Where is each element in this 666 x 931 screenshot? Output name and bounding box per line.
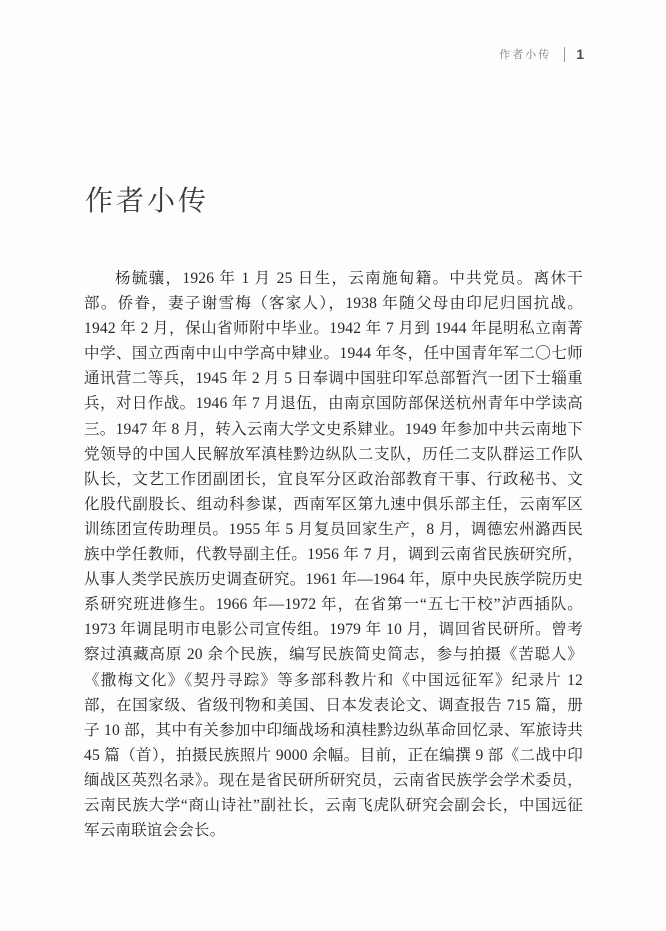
- body-paragraph: 杨毓骧，1926 年 1 月 25 日生，云南施甸籍。中共党员。离休干部。侨眷，…: [84, 266, 583, 843]
- body-block: 杨毓骧，1926 年 1 月 25 日生，云南施甸籍。中共党员。离休干部。侨眷，…: [84, 266, 583, 843]
- page-number: 1: [576, 46, 584, 62]
- running-title: 作者小传: [499, 46, 551, 62]
- page-header: 作者小传 1: [499, 44, 584, 64]
- header-divider: [564, 47, 565, 62]
- page-title: 作者小传: [85, 179, 209, 219]
- book-page: 作者小传 1 作者小传 杨毓骧，1926 年 1 月 25 日生，云南施甸籍。中…: [0, 0, 666, 931]
